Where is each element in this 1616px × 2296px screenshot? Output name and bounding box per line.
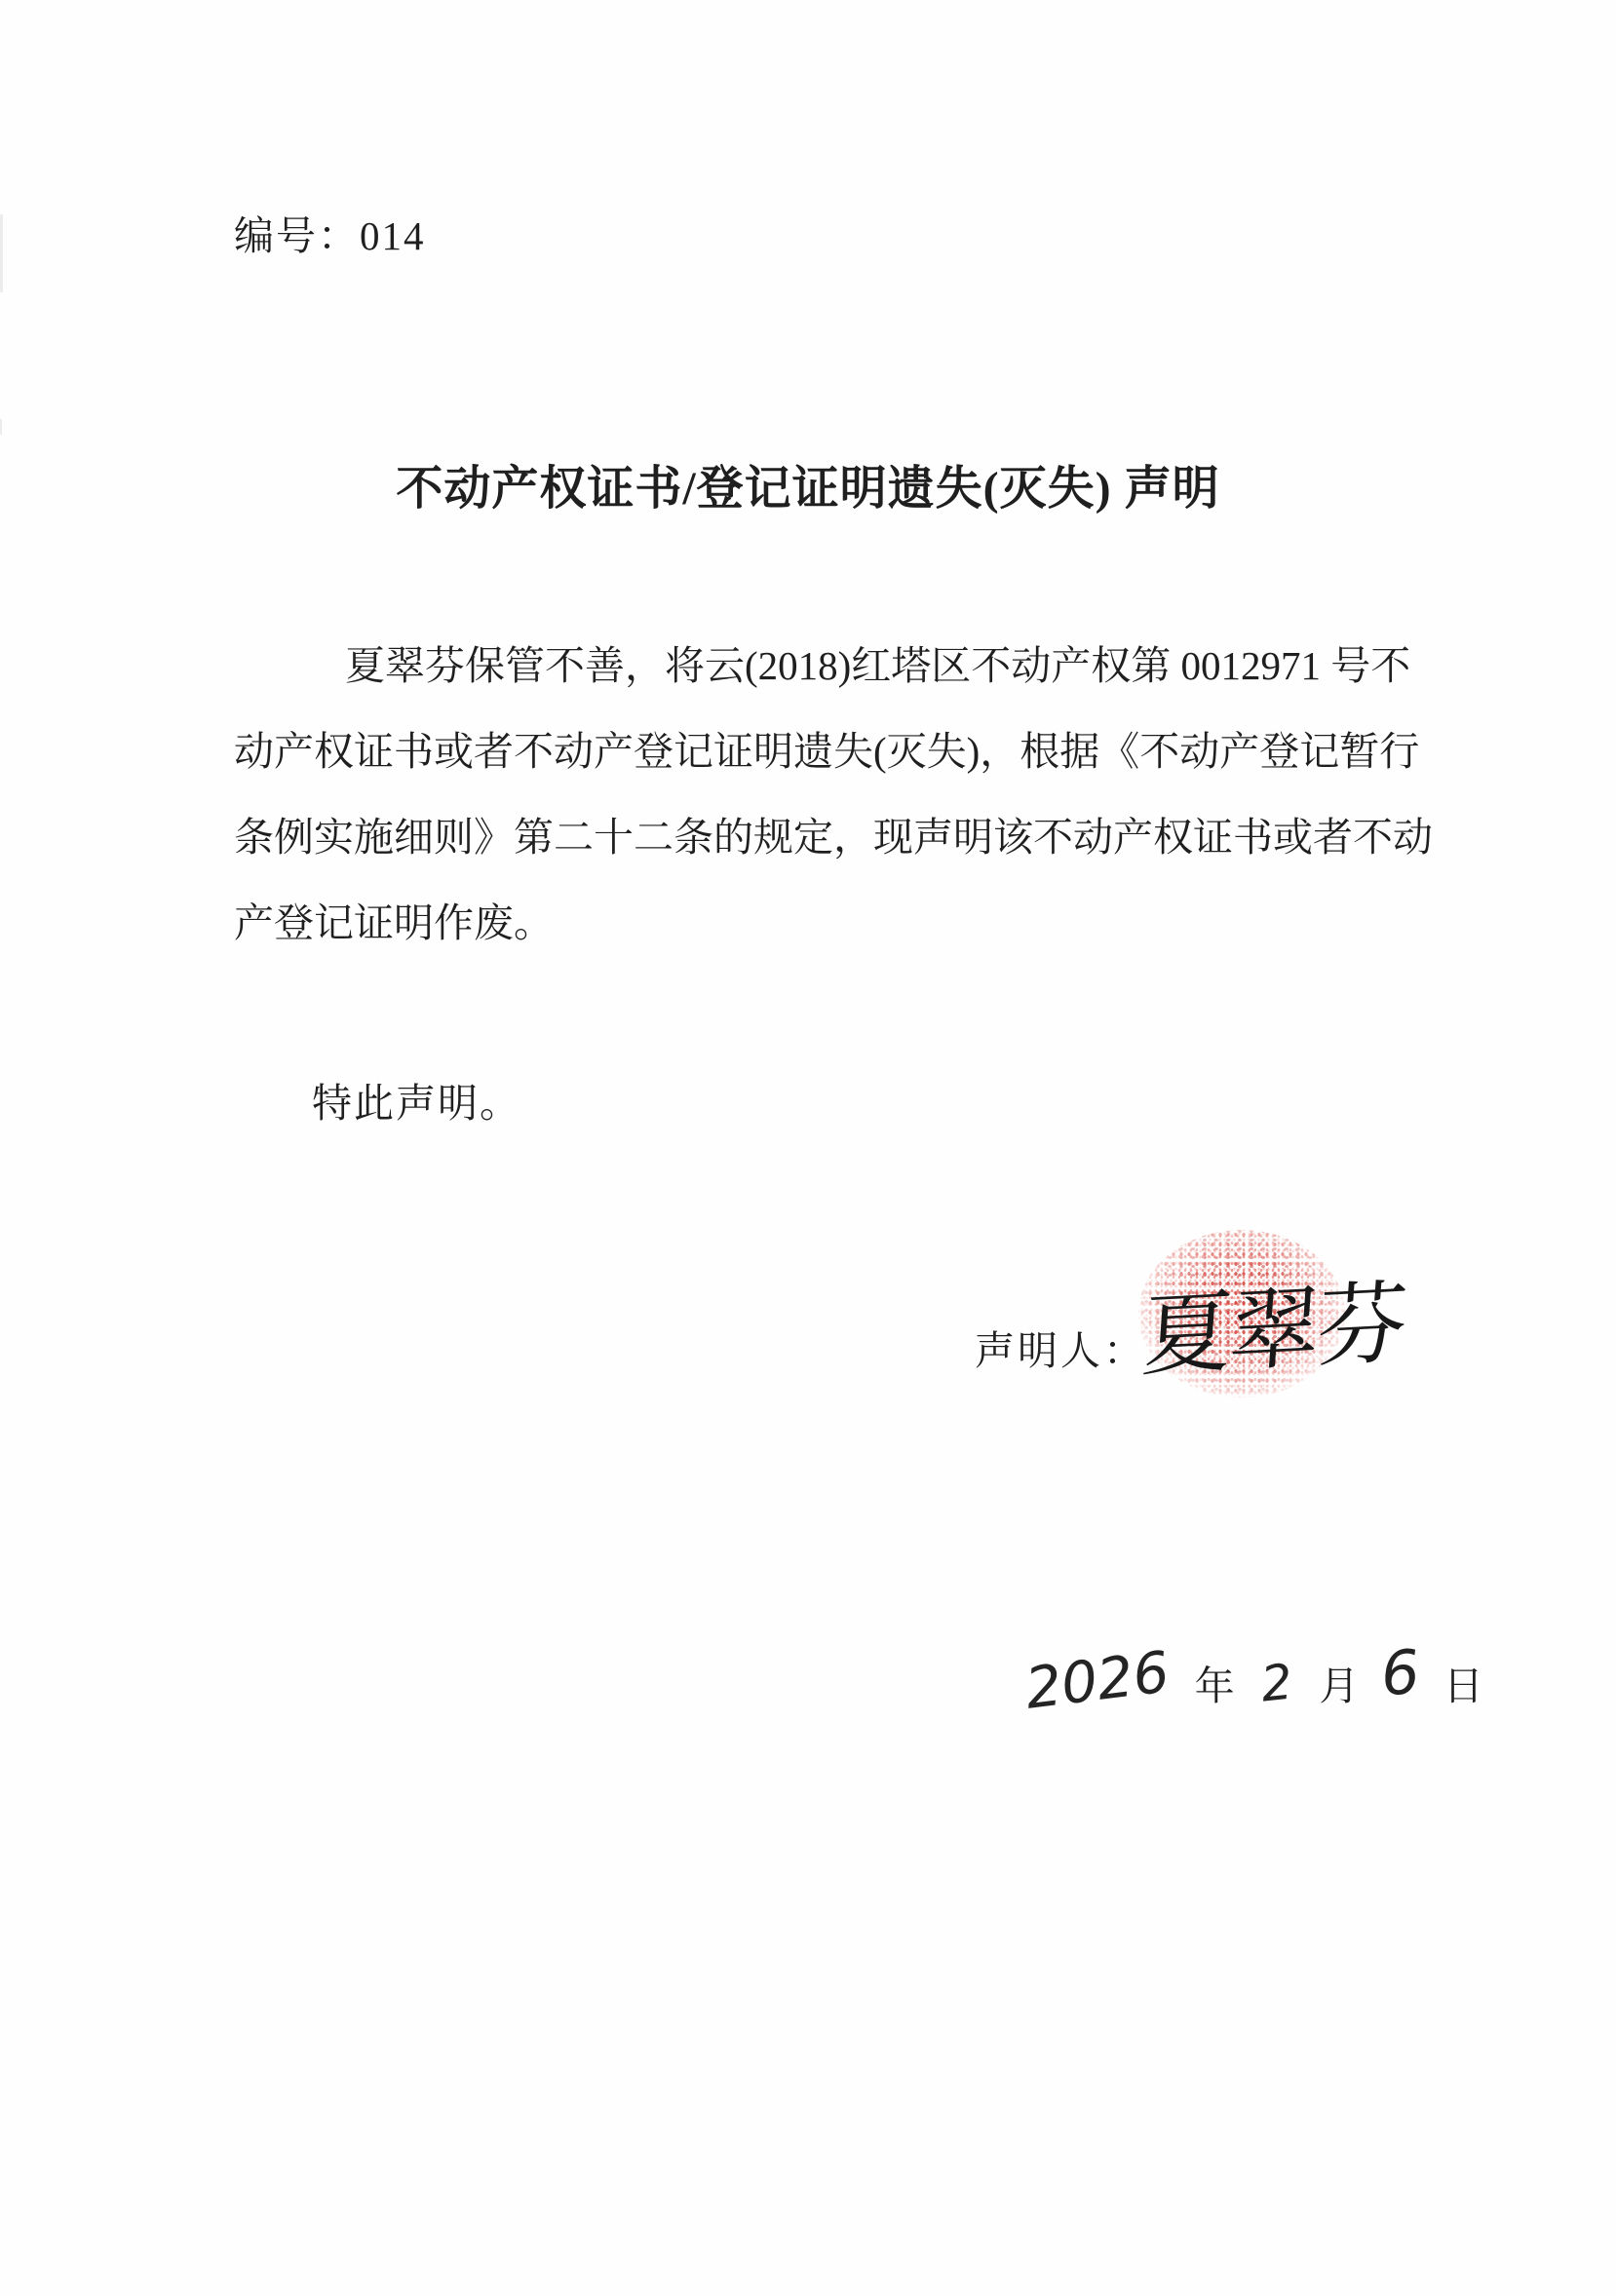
body-line: 产登记证明作废。 [234,880,1372,966]
declaration-body: 夏翠芬保管不善，将云(2018)红塔区不动产权第 0012971 号不 动产权证… [234,623,1372,966]
year-unit: 年 [1195,1652,1236,1720]
handwritten-month: 2 [1257,1648,1295,1719]
scan-edge-artifact [0,214,3,292]
document-number: 编号：014 [234,212,426,259]
scan-edge-artifact [0,419,2,435]
closing-statement: 特此声明。 [234,1080,521,1127]
month-unit: 月 [1319,1652,1360,1720]
body-line: 条例实施细则》第二十二条的规定，现声明该不动产权证书或者不动 [234,794,1372,880]
scanned-declaration-page: 编号：014 不动产权证书/登记证明遗失(灭失) 声明 夏翠芬保管不善，将云(2… [0,0,1616,2296]
day-unit: 日 [1443,1652,1484,1720]
date-line: 2026 年 2 月 6 日 [1025,1645,1484,1720]
body-line: 夏翠芬保管不善，将云(2018)红塔区不动产权第 0012971 号不 [234,623,1372,708]
document-title: 不动产权证书/登记证明遗失(灭失) 声明 [0,462,1616,517]
handwritten-signature: 夏翠芬 [1138,1272,1457,1386]
handwritten-year: 2026 [1021,1637,1173,1722]
handwritten-day: 6 [1379,1638,1422,1709]
signer-label: 声明人： [975,1327,1146,1374]
body-line: 动产权证书或者不动产登记证明遗失(灭失)，根据《不动产登记暂行 [234,708,1372,794]
